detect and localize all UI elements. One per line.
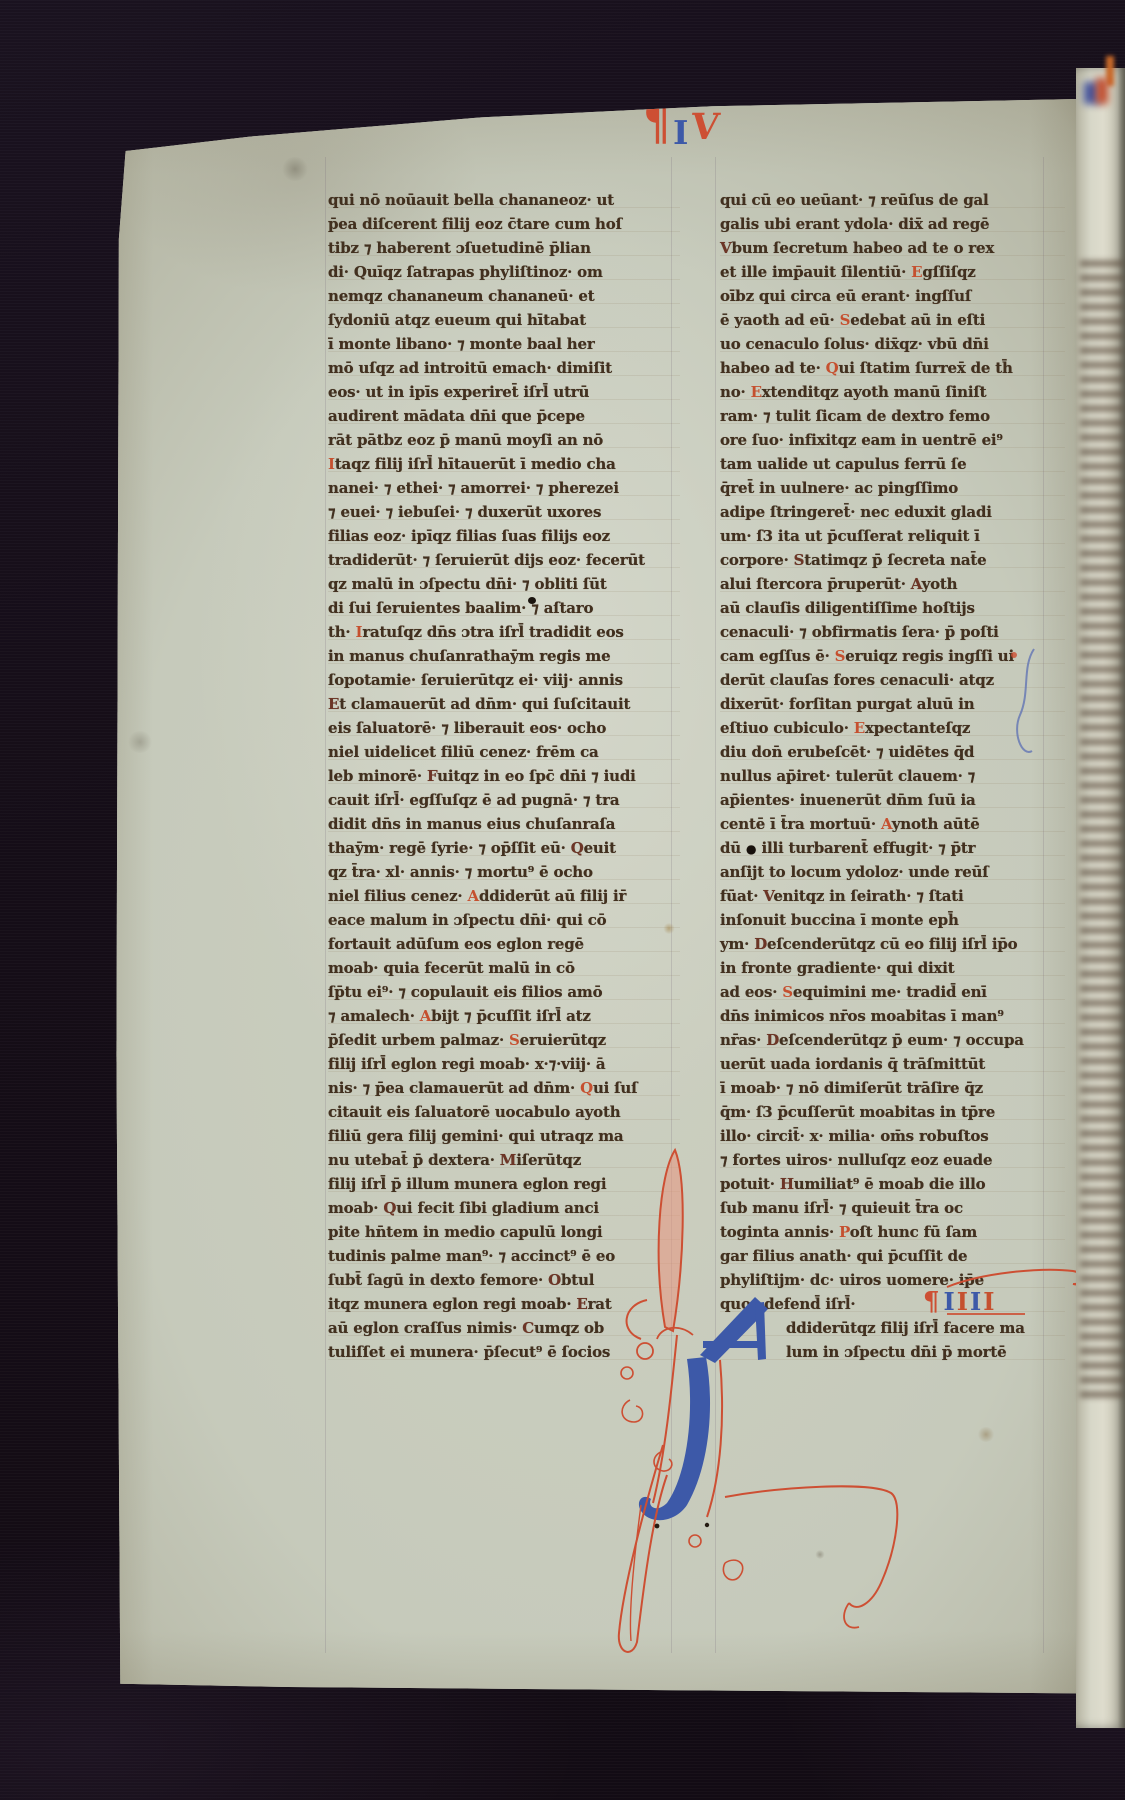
header-paraph-icon: ¶	[643, 98, 671, 149]
text-line: eace malum in ɔſpectu dn̄i· qui cō	[328, 908, 680, 932]
text-line: habeo ad te· Qui ſtatim ſurrex̄ de th̄	[720, 356, 1065, 380]
running-header: ¶ I V	[643, 99, 773, 161]
text-line: nr̄as· Deſcenderūtqz p̄ eum· ⁊ occupa	[720, 1028, 1065, 1052]
text-line: Et clamauerūt ad dn̄m· qui ſuſcitauit	[328, 692, 680, 716]
header-numeral-V: V	[689, 107, 721, 147]
text-line: tibz ⁊ haberent ɔſuetudinē p̄lian	[328, 236, 680, 260]
ruling-line	[325, 157, 326, 1653]
text-line: ī moab· ⁊ nō dimiſerūt trāſire q̄z	[720, 1076, 1065, 1100]
text-line: niel uidelicet filiū cenez· frēm ca	[328, 740, 680, 764]
manuscript-page: ¶ I V qui nō noūauit bella chananeoz· ut…	[115, 95, 1078, 1695]
text-line: p̄ſedit urbem palmaz· Seruierūtqz	[328, 1028, 680, 1052]
text-line: thaȳm· regē ſyrie· ⁊ op̄ſſit eū· Qeuit	[328, 836, 680, 860]
text-line: et ille imp̄auit ſilentiū· Egſſiſqz	[720, 260, 1065, 284]
stain	[281, 157, 309, 181]
text-line: uo cenaculo ſolus· dix̄qz· vbū dn̄i	[720, 332, 1065, 356]
stain	[127, 731, 153, 753]
next-page-edge	[1076, 68, 1125, 1728]
text-line: adipe ſtringeret̄· nec eduxit gladi	[720, 500, 1065, 524]
stain	[815, 1550, 825, 1559]
text-line: q̄ret̄ in uulnere· ac pingſſimo	[720, 476, 1065, 500]
next-page-header-red-mark	[1096, 78, 1108, 104]
text-line: qz t̄ra· xl· annis· ⁊ mortu⁹ ē ocho	[328, 860, 680, 884]
text-line: Vbum ſecretum habeo ad te o rex	[720, 236, 1065, 260]
text-line: eis ſaluatorē· ⁊ liberauit eos· ocho	[328, 716, 680, 740]
text-line: cauit iſrl̄· egſſuſqz ē ad pugnā· ⁊ tra	[328, 788, 680, 812]
text-line: ad eos· Sequimini me· tradid̄ enī	[720, 980, 1065, 1004]
text-line: qz malū in ɔſpectu dn̄i· ⁊ obliti ſūt	[328, 572, 680, 596]
text-line: citauit eis ſaluatorē uocabulo ayoth	[328, 1100, 680, 1124]
text-line: filias eoz· ipīqz filias ſuas filijs eoz	[328, 524, 680, 548]
text-line: nemqz chananeum chananeū· et	[328, 284, 680, 308]
text-line: in manus chuſanrathaȳm regis me	[328, 644, 680, 668]
text-line: oībz qui circa eū erant· ingſſuſ	[720, 284, 1065, 308]
text-line: audirent mādata dn̄i que p̄cepe	[328, 404, 680, 428]
photograph-background: ¶ I V qui nō noūauit bella chananeoz· ut…	[0, 0, 1125, 1800]
next-page-blurred-text	[1080, 260, 1123, 1400]
text-line: filij iſrl̄ eglon regi moab· x·⁊·viij· ā	[328, 1052, 680, 1076]
text-line: qui nō noūauit bella chananeoz· ut	[328, 188, 680, 212]
text-line: dū ● illi turbarent̄ effugit· ⁊ p̄tr	[720, 836, 1065, 860]
text-line: fortauit adūſum eos eglon regē	[328, 932, 680, 956]
text-line: moab· quia fecerūt malū in cō	[328, 956, 680, 980]
text-line: th· Iratuſqz dn̄s ɔtra iſrl̄ tradidit eo…	[328, 620, 680, 644]
text-line: cenaculi· ⁊ obfirmatis ſera· p̄ poſti	[720, 620, 1065, 644]
text-line: tradiderūt· ⁊ ſeruierūt dijs eoz· fecerū…	[328, 548, 680, 572]
text-line: ore ſuo· infixitqz eam in uentrē ei⁹	[720, 428, 1065, 452]
text-line: ſydoniū atqz eueum qui hītabat	[328, 308, 680, 332]
text-line: mō uſqz ad introitū emach· dimiſit	[328, 356, 680, 380]
text-line: di· Quīqz ſatrapas phyliſtinoz· om	[328, 260, 680, 284]
text-line: galis ubi erant ydola· dix̄ ad regē	[720, 212, 1065, 236]
text-line: p̄ea diſcerent filij eoz c̄tare cum hoſ	[328, 212, 680, 236]
text-line: ap̄ientes· inuenerūt dn̄m ſuū ia	[720, 788, 1065, 812]
ink-blot	[528, 597, 536, 604]
text-line: ⁊ amalech· Abijt ⁊ p̄cuſſit iſrl̄ atz	[328, 1004, 680, 1028]
text-line: tam ualide ut capulus ferrū ſe	[720, 452, 1065, 476]
text-line: in fronte gradiente· qui dixit	[720, 956, 1065, 980]
text-line: fūat· Venitqz in ſeirath· ⁊ ſtati	[720, 884, 1065, 908]
text-line: ſp̄tu ei⁹· ⁊ copulauit eis filios amō	[328, 980, 680, 1004]
text-line: no· Extenditqz ayoth manū ſiniſt	[720, 380, 1065, 404]
text-line: didit dn̄s in manus eius chuſanraſa	[328, 812, 680, 836]
stain	[663, 923, 675, 934]
text-line: ram· ⁊ tulit ſicam de dextro femo	[720, 404, 1065, 428]
stain	[977, 1427, 995, 1442]
text-line: dn̄s inimicos nr̄os moabitas ī man⁹	[720, 1004, 1065, 1028]
chapter-numeral: I	[983, 1290, 994, 1314]
text-line: ⁊ euei· ⁊ iebuſei· ⁊ duxerūt uxores	[328, 500, 680, 524]
text-line: qui cū eo ueūant· ⁊ reūſus de gal	[720, 188, 1065, 212]
text-line: alui ſtercora p̄ruperūt· Ayoth	[720, 572, 1065, 596]
text-line: rāt pātbz eoz p̄ manū moyſi an nō	[328, 428, 680, 452]
text-line: leb minorē· Fuitqz in eo ſpc̄ dn̄i ⁊ iud…	[328, 764, 680, 788]
text-line: eos· ut in ipīs experiret̄ iſrl̄ utrū	[328, 380, 680, 404]
text-line: corpore· Statimqz p̄ ſecreta nat̄e	[720, 548, 1065, 572]
text-line: uerūt uada iordanis q̄ trāſmittūt	[720, 1052, 1065, 1076]
text-line: aū clauſis diligentiſſime hoſtijs	[720, 596, 1065, 620]
text-line: ē yaoth ad eū· Sedebat aū in eſti	[720, 308, 1065, 332]
text-line: niel filius cenez· Addiderūt aū filij ir…	[328, 884, 680, 908]
text-line: ſopotamie· ſeruierūtqz ei· viij· annis	[328, 668, 680, 692]
text-line: ym· Deſcenderūtqz cū eo filij iſrl̄ ip̄o	[720, 932, 1065, 956]
text-line: q̄m· ſ3 p̄cuſſerūt moabitas in tp̄re	[720, 1100, 1065, 1124]
text-line: Itaqz filij iſrl̄ hītauerūt ī medio cha	[328, 452, 680, 476]
text-line: um· ſ3 ita ut p̄cuſſerat reliquit ī	[720, 524, 1065, 548]
decorated-initial-icon: A	[575, 1145, 975, 1705]
text-line: ī monte libano· ⁊ monte baal her	[328, 332, 680, 356]
text-line: nis· ⁊ p̄ea clamauerūt ad dn̄m· Qui ſuſ	[328, 1076, 680, 1100]
margin-flourish-icon	[1000, 645, 1070, 770]
text-line: di ſui ſeruientes baalim· ⁊ aſtaro	[328, 596, 680, 620]
header-numeral-I: I	[673, 113, 688, 153]
text-line: inſonuit buccina ī monte eph̄	[720, 908, 1065, 932]
text-line: nanei· ⁊ ethei· ⁊ amorrei· ⁊ pherezei	[328, 476, 680, 500]
text-line: anſijt to locum ydoloz· unde reūſ	[720, 860, 1065, 884]
text-line: centē ī t̄ra mortuū· Aynoth aūtē	[720, 812, 1065, 836]
